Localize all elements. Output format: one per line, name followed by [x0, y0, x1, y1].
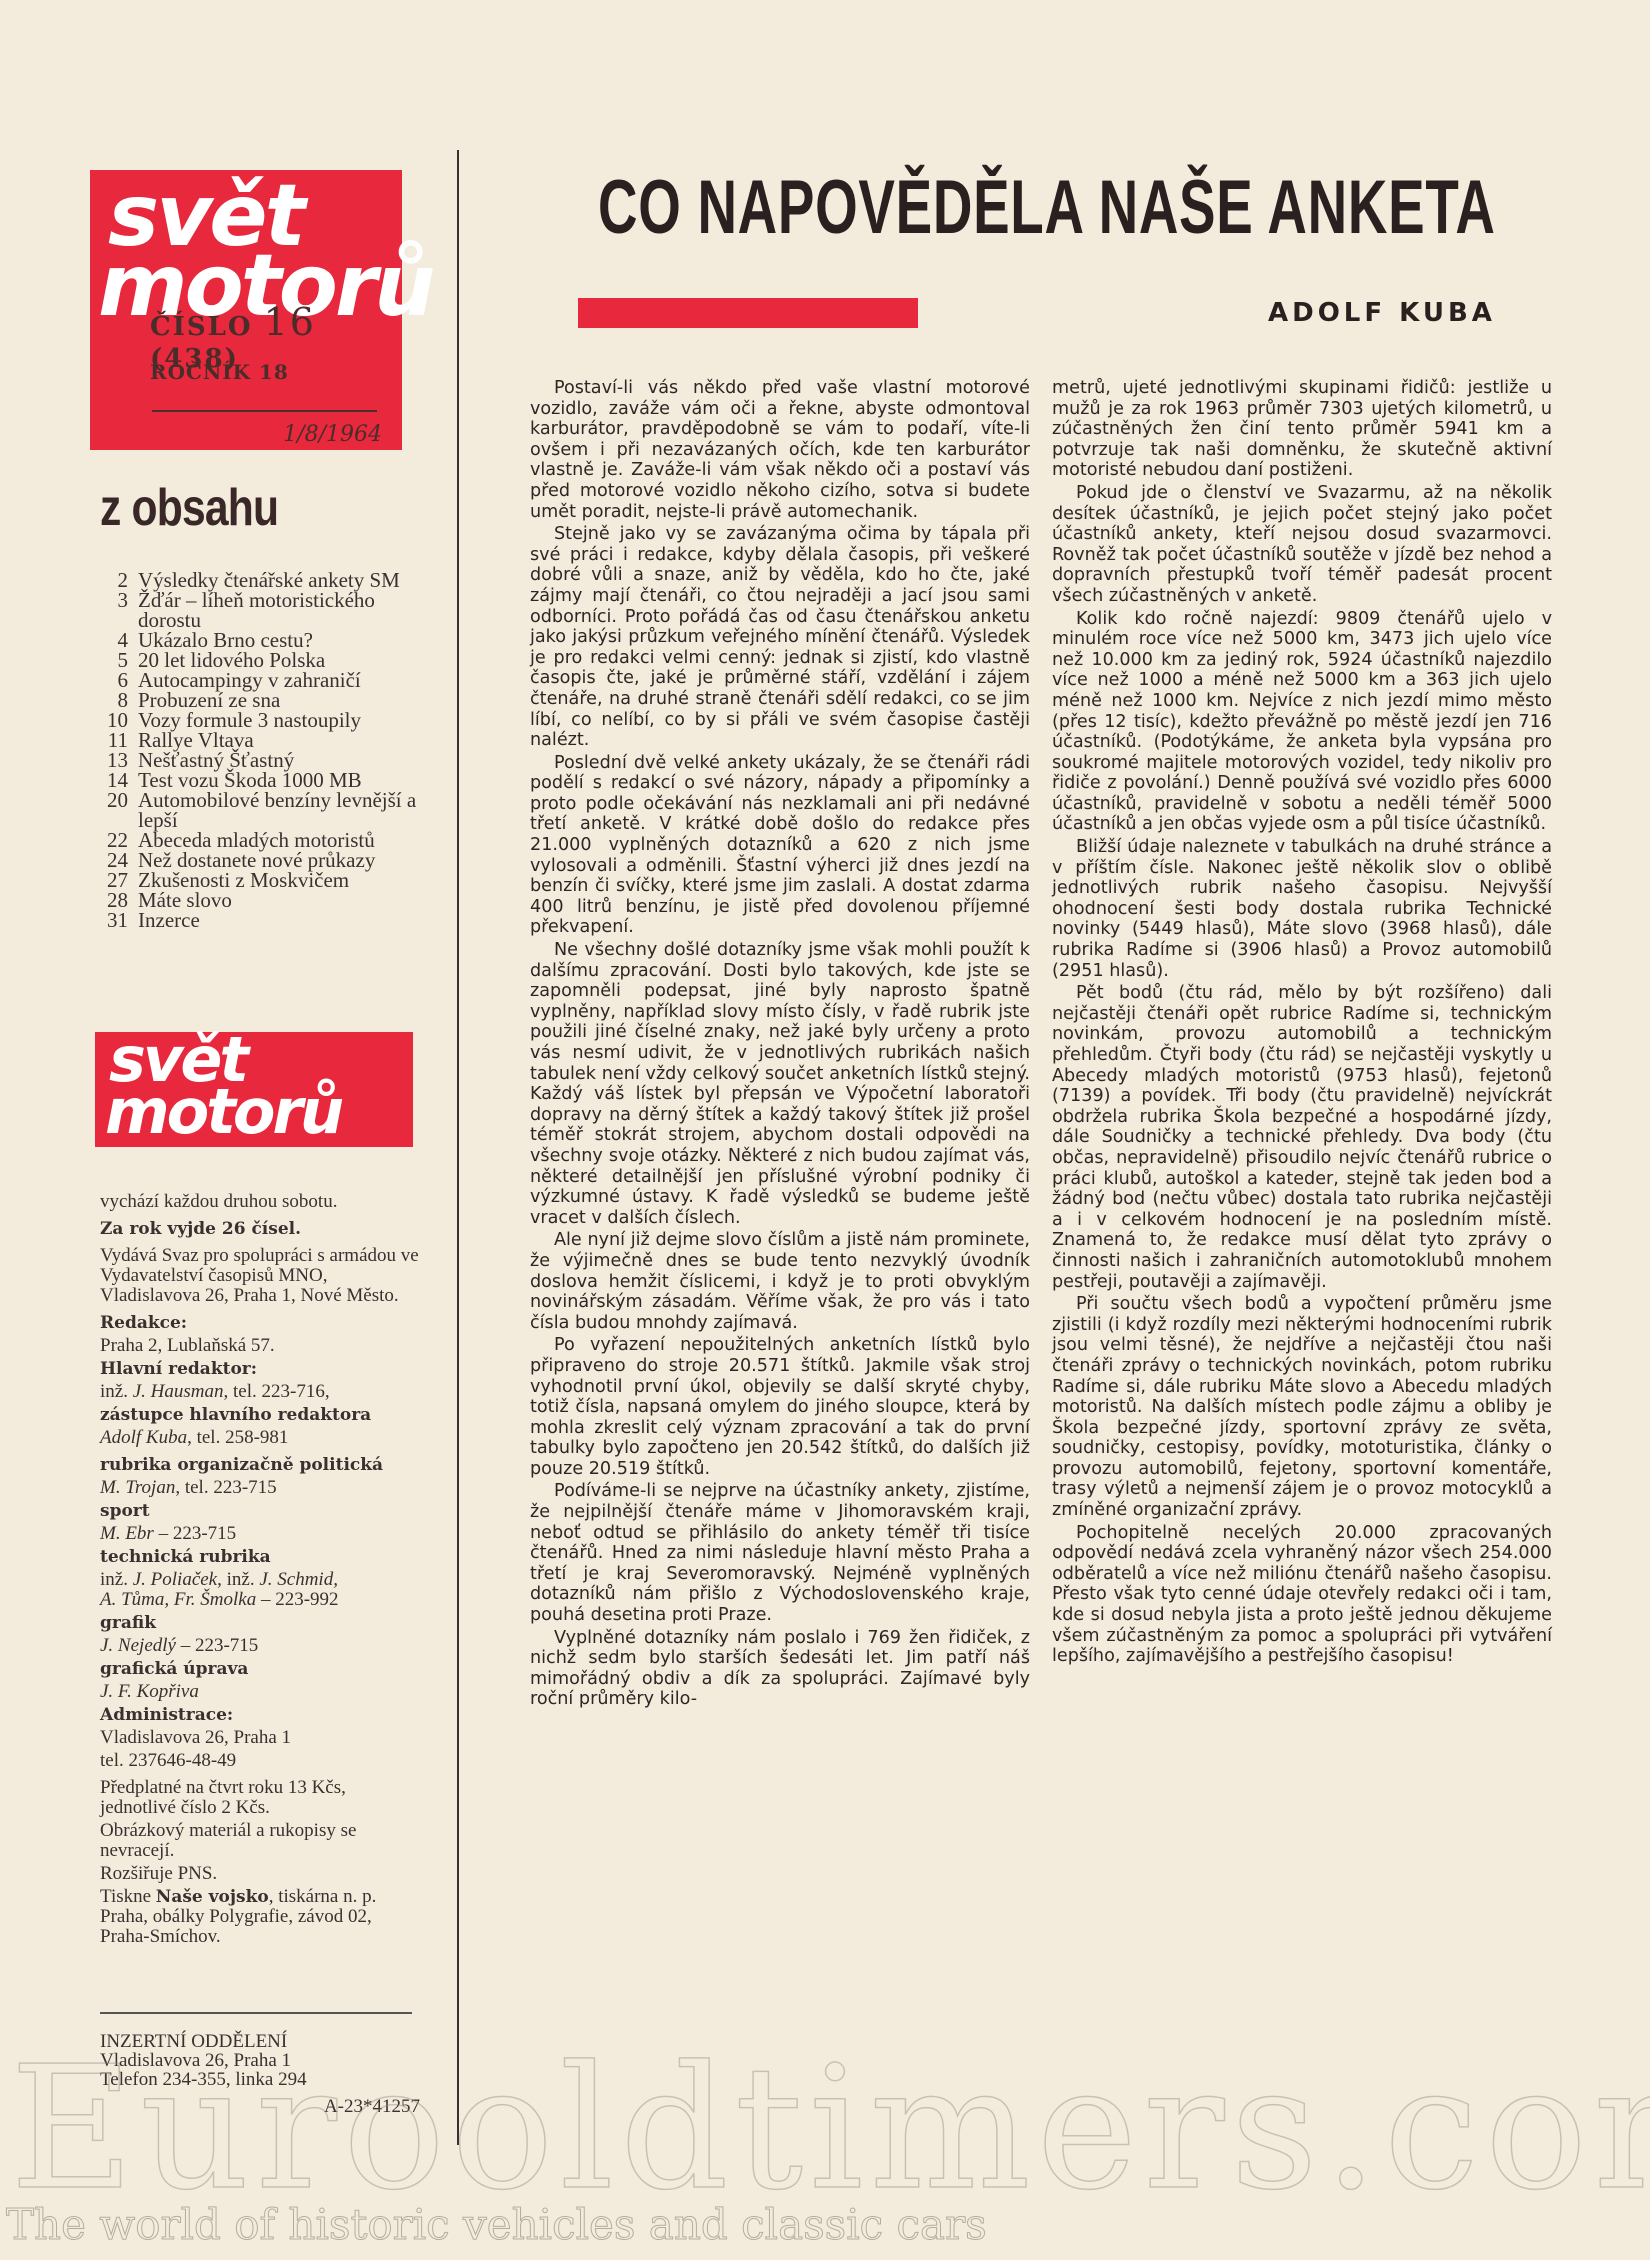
- divider: [100, 2012, 412, 2014]
- toc-page-number: 13: [96, 750, 138, 770]
- print-code: A-23*41257: [100, 2097, 420, 2116]
- issues-per-year: Za rok vyjde 26 čísel.: [100, 1219, 420, 1239]
- toc-item-title: Zkušenosti z Moskvičem: [138, 870, 426, 890]
- toc-item: 28Máte slovo: [96, 890, 426, 910]
- masthead-imprint: vychází každou druhou sobotu. Za rok vyj…: [100, 1192, 420, 1950]
- toc-item: 22Abeceda mladých motoristů: [96, 830, 426, 850]
- tech-section-editors: inž. J. Poliaček, inž. J. Schmid,A. Tůma…: [100, 1570, 420, 1610]
- ads-address: Vladislavova 26, Praha 1: [100, 2051, 420, 2070]
- toc-item-title: Nešťastný Šťastný: [138, 750, 426, 770]
- toc-item: 6Autocampingy v zahraničí: [96, 670, 426, 690]
- toc-item-title: Vozy formule 3 nastoupily: [138, 710, 426, 730]
- toc-page-number: 27: [96, 870, 138, 890]
- toc-item-title: Test vozu Škoda 1000 MB: [138, 770, 426, 790]
- toc-page-number: 20: [96, 790, 138, 830]
- admin-address: Vladislavova 26, Praha 1: [100, 1728, 420, 1748]
- chief-editor-label: Hlavní redaktor:: [100, 1359, 420, 1379]
- toc-item: 13Nešťastný Šťastný: [96, 750, 426, 770]
- watermark-tagline: The world of historic vehicles and class…: [6, 2200, 987, 2249]
- article-paragraph: metrů, ujeté jednotlivými skupinami řidi…: [1052, 378, 1552, 481]
- article-paragraph: Ne všechny došlé dotazníky jsme však moh…: [530, 940, 1030, 1228]
- toc-item: 3Žďár – líheň motoristického dorostu: [96, 590, 426, 630]
- issue-volume: ROČNÍK 18: [150, 360, 289, 384]
- toc-page-number: 2: [96, 570, 138, 590]
- toc-page-number: 10: [96, 710, 138, 730]
- table-of-contents: 2Výsledky čtenářské ankety SM3Žďár – líh…: [96, 570, 426, 930]
- toc-item: 27Zkušenosti z Moskvičem: [96, 870, 426, 890]
- publisher: Vydává Svaz pro spolupráci s armádou ve …: [100, 1246, 420, 1306]
- article-paragraph: Pokud jde o členství ve Svazarmu, až na …: [1052, 483, 1552, 607]
- toc-item-title: Ukázalo Brno cestu?: [138, 630, 426, 650]
- decorative-red-bar: [578, 298, 918, 328]
- tech-section-label: technická rubrika: [100, 1547, 420, 1567]
- toc-item-title: Automobilové benzíny levnější a lepší: [138, 790, 426, 830]
- sport-section-editor: M. Ebr – 223-715: [100, 1524, 420, 1544]
- distribution: Rozšiřuje PNS.: [100, 1864, 420, 1884]
- chief-editor: inž. J. Hausman, tel. 223-716,: [100, 1382, 420, 1402]
- ads-phone: Telefon 234-355, linka 294: [100, 2070, 420, 2089]
- article-paragraph: Poslední dvě velké ankety ukázaly, že se…: [530, 753, 1030, 938]
- toc-item: 10Vozy formule 3 nastoupily: [96, 710, 426, 730]
- toc-item: 14Test vozu Škoda 1000 MB: [96, 770, 426, 790]
- article-headline: CO NAPOVĚDĚLA NAŠE ANKETA: [598, 164, 1282, 251]
- article-column-2: metrů, ujeté jednotlivými skupinami řidi…: [1052, 378, 1552, 1669]
- toc-item-title: Než dostanete nové průkazy: [138, 850, 426, 870]
- magazine-logo: svět motorů ČÍSLO 16 (438) ROČNÍK 18 1/8…: [90, 170, 402, 450]
- admin-label: Administrace:: [100, 1705, 420, 1725]
- toc-page-number: 6: [96, 670, 138, 690]
- toc-item-title: Autocampingy v zahraničí: [138, 670, 426, 690]
- toc-page-number: 8: [96, 690, 138, 710]
- toc-item: 24Než dostanete nové průkazy: [96, 850, 426, 870]
- toc-page-number: 11: [96, 730, 138, 750]
- divider: [152, 410, 377, 412]
- toc-item-title: Výsledky čtenářské ankety SM: [138, 570, 426, 590]
- editorial-address: Praha 2, Lublaňská 57.: [100, 1336, 420, 1356]
- toc-item-title: Máte slovo: [138, 890, 426, 910]
- layout-label: grafická úprava: [100, 1659, 420, 1679]
- ads-department: INZERTNÍ ODDĚLENÍ Vladislavova 26, Praha…: [100, 2032, 420, 2116]
- issue-date: 1/8/1964: [283, 422, 382, 447]
- toc-item: 11Rallye Vltava: [96, 730, 426, 750]
- toc-page-number: 3: [96, 590, 138, 630]
- toc-title: z obsahu: [100, 478, 278, 538]
- toc-item: 2Výsledky čtenářské ankety SM: [96, 570, 426, 590]
- article-author: ADOLF KUBA: [1268, 298, 1496, 328]
- toc-item: 20Automobilové benzíny levnější a lepší: [96, 790, 426, 830]
- toc-item: 31Inzerce: [96, 910, 426, 930]
- toc-page-number: 5: [96, 650, 138, 670]
- column-divider: [457, 150, 459, 2145]
- printer: Tiskne Naše vojsko, tiskárna n. p. Praha…: [100, 1887, 420, 1947]
- toc-item: 4Ukázalo Brno cestu?: [96, 630, 426, 650]
- article-paragraph: Pět bodů (čtu rád, mělo by být rozšířeno…: [1052, 983, 1552, 1292]
- toc-page-number: 24: [96, 850, 138, 870]
- sport-section-label: sport: [100, 1501, 420, 1521]
- toc-item-title: Rallye Vltava: [138, 730, 426, 750]
- toc-item: 8Probuzení ze sna: [96, 690, 426, 710]
- editorial-label: Redakce:: [100, 1313, 420, 1333]
- toc-page-number: 4: [96, 630, 138, 650]
- toc-item-title: Žďár – líheň motoristického dorostu: [138, 590, 426, 630]
- ads-title: INZERTNÍ ODDĚLENÍ: [100, 2032, 420, 2051]
- magazine-page: svět motorů ČÍSLO 16 (438) ROČNÍK 18 1/8…: [0, 0, 1650, 2260]
- subscription-info: Předplatné na čtvrt roku 13 Kčs, jednotl…: [100, 1778, 420, 1818]
- frequency: vychází každou druhou sobotu.: [100, 1192, 420, 1212]
- toc-page-number: 28: [96, 890, 138, 910]
- toc-item-title: 20 let lidového Polska: [138, 650, 426, 670]
- org-section-label: rubrika organizačně politická: [100, 1455, 420, 1475]
- toc-page-number: 14: [96, 770, 138, 790]
- toc-page-number: 22: [96, 830, 138, 850]
- article-paragraph: Po vyřazení nepoužitelných anketních lís…: [530, 1335, 1030, 1479]
- admin-phone: tel. 237646-48-49: [100, 1751, 420, 1771]
- article-paragraph: Ale nyní již dejme slovo číslům a jistě …: [530, 1230, 1030, 1333]
- article-paragraph: Při součtu všech bodů a vypočtení průměr…: [1052, 1294, 1552, 1521]
- toc-page-number: 31: [96, 910, 138, 930]
- article-paragraph: Pochopitelně necelých 20.000 zpracovanýc…: [1052, 1523, 1552, 1667]
- manuscripts-note: Obrázkový materiál a rukopisy se nevrace…: [100, 1821, 420, 1861]
- toc-item-title: Probuzení ze sna: [138, 690, 426, 710]
- deputy-editor: Adolf Kuba, tel. 258-981: [100, 1428, 420, 1448]
- org-section-editor: M. Trojan, tel. 223-715: [100, 1478, 420, 1498]
- article-paragraph: Vyplněné dotazníky nám poslalo i 769 žen…: [530, 1628, 1030, 1710]
- article-paragraph: Bližší údaje naleznete v tabulkách na dr…: [1052, 837, 1552, 981]
- toc-item: 520 let lidového Polska: [96, 650, 426, 670]
- layout-editor: J. F. Kopřiva: [100, 1682, 420, 1702]
- graphic-label: grafik: [100, 1613, 420, 1633]
- magazine-logo-small: svět motorů: [95, 1032, 413, 1147]
- article-paragraph: Kolik kdo ročně najezdí: 9809 čtenářů uj…: [1052, 609, 1552, 836]
- toc-item-title: Abeceda mladých motoristů: [138, 830, 426, 850]
- deputy-editor-label: zástupce hlavního redaktora: [100, 1405, 420, 1425]
- graphic-editor: J. Nejedlý – 223-715: [100, 1636, 420, 1656]
- article-paragraph: Podíváme-li se nejprve na účastníky anke…: [530, 1481, 1030, 1625]
- logo-word-motoru: motorů: [105, 1084, 341, 1140]
- article-paragraph: Stejně jako vy se zavázanýma očima by tá…: [530, 524, 1030, 751]
- article-paragraph: Postaví-li vás někdo před vaše vlastní m…: [530, 378, 1030, 522]
- article-column-1: Postaví-li vás někdo před vaše vlastní m…: [530, 378, 1030, 1712]
- toc-item-title: Inzerce: [138, 910, 426, 930]
